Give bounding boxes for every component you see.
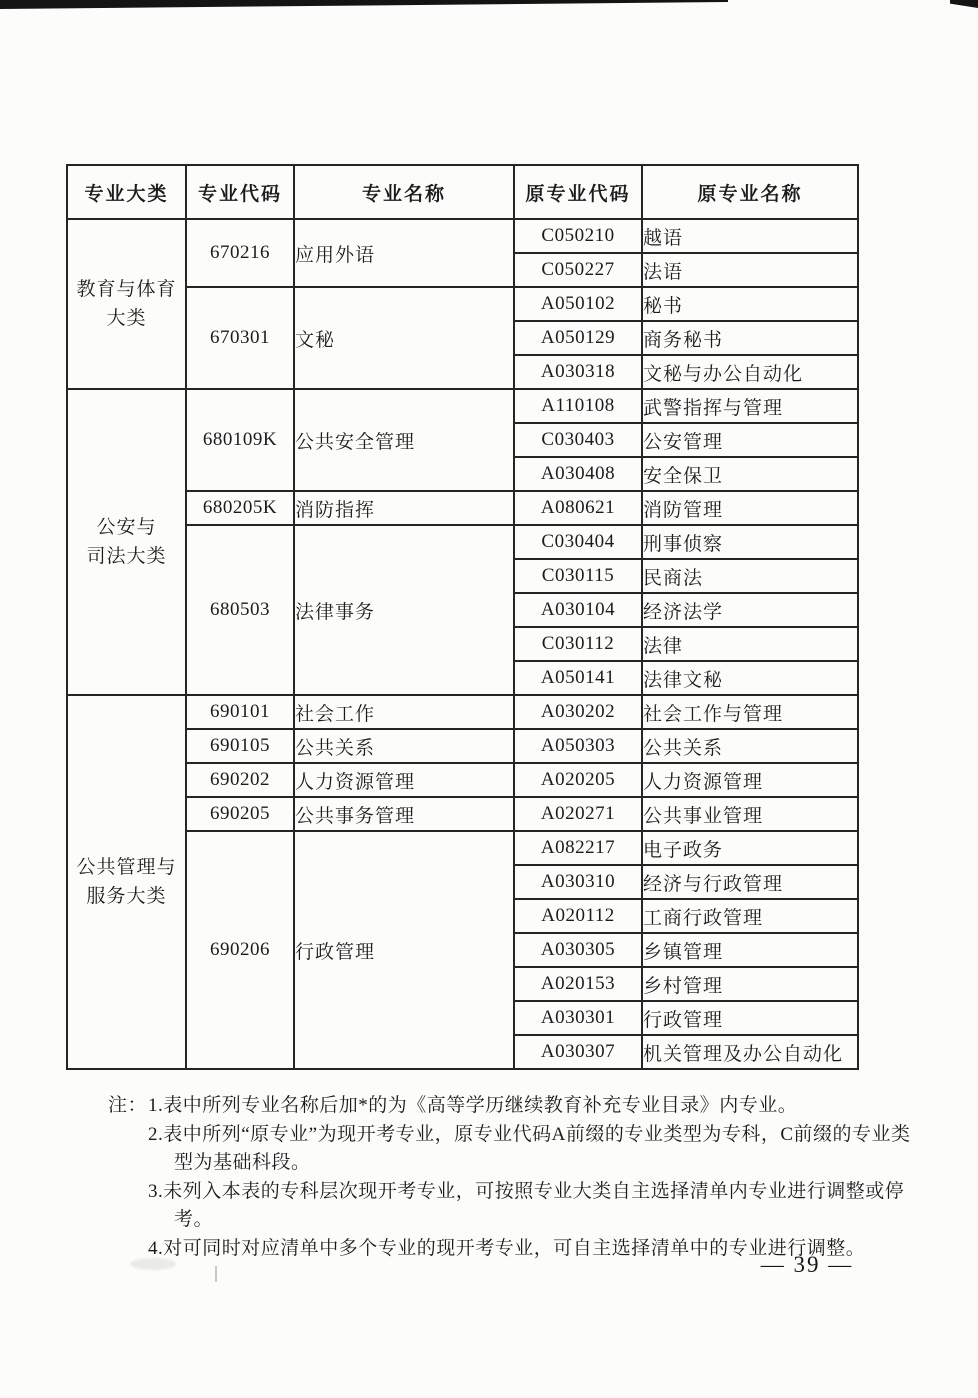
major-name-cell: 消防指挥 bbox=[294, 491, 514, 525]
table-row: 690205公共事务管理A020271公共事业管理 bbox=[67, 797, 858, 831]
category-cell: 教育与体育 大类 bbox=[67, 219, 186, 389]
origin-name-cell: 乡镇管理 bbox=[642, 933, 858, 967]
origin-name-cell: 机关管理及办公自动化 bbox=[642, 1035, 858, 1069]
origin-name-cell: 武警指挥与管理 bbox=[642, 389, 858, 423]
category-cell: 公安与 司法大类 bbox=[67, 389, 186, 695]
category-cell: 公共管理与 服务大类 bbox=[67, 695, 186, 1069]
origin-code-cell: A020271 bbox=[514, 797, 642, 831]
origin-code-cell: C030115 bbox=[514, 559, 642, 593]
scan-artifact-top-left bbox=[0, 0, 728, 9]
page-number: — 39 — bbox=[742, 1252, 872, 1278]
col-header-major-code: 专业代码 bbox=[186, 165, 294, 219]
origin-name-cell: 人力资源管理 bbox=[642, 763, 858, 797]
major-code-cell: 680503 bbox=[186, 525, 294, 695]
col-header-origin-name: 原专业名称 bbox=[642, 165, 858, 219]
notes-lines: 1.表中所列专业名称后加*的为《高等学历继续教育补充专业目录》内专业。2.表中所… bbox=[148, 1092, 898, 1263]
major-code-cell: 690105 bbox=[186, 729, 294, 763]
origin-name-cell: 商务秘书 bbox=[642, 321, 858, 355]
origin-name-cell: 文秘与办公自动化 bbox=[642, 355, 858, 389]
table-row: 教育与体育 大类670216应用外语C050210越语 bbox=[67, 219, 858, 253]
origin-name-cell: 社会工作与管理 bbox=[642, 695, 858, 729]
origin-code-cell: A030104 bbox=[514, 593, 642, 627]
origin-code-cell: A030301 bbox=[514, 1001, 642, 1035]
origin-code-cell: A030318 bbox=[514, 355, 642, 389]
origin-code-cell: A020205 bbox=[514, 763, 642, 797]
notes: 注： 1.表中所列专业名称后加*的为《高等学历继续教育补充专业目录》内专业。2.… bbox=[108, 1092, 898, 1263]
table-row: 690105公共关系A050303公共关系 bbox=[67, 729, 858, 763]
origin-name-cell: 法语 bbox=[642, 253, 858, 287]
table-row: 690202人力资源管理A020205人力资源管理 bbox=[67, 763, 858, 797]
major-code-cell: 680205K bbox=[186, 491, 294, 525]
note-line: 考。 bbox=[148, 1206, 898, 1235]
table-header-row: 专业大类 专业代码 专业名称 原专业代码 原专业名称 bbox=[67, 165, 858, 219]
origin-code-cell: C050227 bbox=[514, 253, 642, 287]
origin-name-cell: 消防管理 bbox=[642, 491, 858, 525]
table-row: 680503法律事务C030404刑事侦察 bbox=[67, 525, 858, 559]
major-name-cell: 文秘 bbox=[294, 287, 514, 389]
origin-name-cell: 行政管理 bbox=[642, 1001, 858, 1035]
origin-code-cell: A030408 bbox=[514, 457, 642, 491]
origin-name-cell: 公共事业管理 bbox=[642, 797, 858, 831]
origin-name-cell: 安全保卫 bbox=[642, 457, 858, 491]
table-row: 公共管理与 服务大类690101社会工作A030202社会工作与管理 bbox=[67, 695, 858, 729]
note-line: 2.表中所列“原专业”为现开考专业，原专业代码A前缀的专业类型为专科，C前缀的专… bbox=[148, 1121, 898, 1150]
origin-name-cell: 公安管理 bbox=[642, 423, 858, 457]
origin-name-cell: 工商行政管理 bbox=[642, 899, 858, 933]
major-name-cell: 公共安全管理 bbox=[294, 389, 514, 491]
origin-code-cell: A020112 bbox=[514, 899, 642, 933]
table-row: 670301文秘A050102秘书 bbox=[67, 287, 858, 321]
origin-name-cell: 法律 bbox=[642, 627, 858, 661]
origin-name-cell: 公共关系 bbox=[642, 729, 858, 763]
majors-table-body: 教育与体育 大类670216应用外语C050210越语C050227法语6703… bbox=[67, 219, 858, 1069]
major-code-cell: 670216 bbox=[186, 219, 294, 287]
table-row: 680205K消防指挥A080621消防管理 bbox=[67, 491, 858, 525]
origin-code-cell: A030310 bbox=[514, 865, 642, 899]
origin-code-cell: A020153 bbox=[514, 967, 642, 1001]
major-name-cell: 人力资源管理 bbox=[294, 763, 514, 797]
col-header-origin-code: 原专业代码 bbox=[514, 165, 642, 219]
major-name-cell: 公共关系 bbox=[294, 729, 514, 763]
origin-name-cell: 乡村管理 bbox=[642, 967, 858, 1001]
major-name-cell: 公共事务管理 bbox=[294, 797, 514, 831]
origin-code-cell: A050102 bbox=[514, 287, 642, 321]
major-name-cell: 法律事务 bbox=[294, 525, 514, 695]
note-line: 1.表中所列专业名称后加*的为《高等学历继续教育补充专业目录》内专业。 bbox=[148, 1092, 898, 1121]
origin-code-cell: A082217 bbox=[514, 831, 642, 865]
col-header-major-name: 专业名称 bbox=[294, 165, 514, 219]
note-line: 型为基础科段。 bbox=[148, 1149, 898, 1178]
major-code-cell: 690202 bbox=[186, 763, 294, 797]
origin-code-cell: A030307 bbox=[514, 1035, 642, 1069]
origin-name-cell: 经济法学 bbox=[642, 593, 858, 627]
origin-code-cell: A110108 bbox=[514, 389, 642, 423]
major-name-cell: 应用外语 bbox=[294, 219, 514, 287]
origin-name-cell: 电子政务 bbox=[642, 831, 858, 865]
origin-code-cell: A050303 bbox=[514, 729, 642, 763]
major-code-cell: 690205 bbox=[186, 797, 294, 831]
col-header-category: 专业大类 bbox=[67, 165, 186, 219]
origin-code-cell: A050141 bbox=[514, 661, 642, 695]
table-row: 690206行政管理A082217电子政务 bbox=[67, 831, 858, 865]
origin-name-cell: 民商法 bbox=[642, 559, 858, 593]
origin-code-cell: A080621 bbox=[514, 491, 642, 525]
origin-code-cell: A030202 bbox=[514, 695, 642, 729]
majors-table: 专业大类 专业代码 专业名称 原专业代码 原专业名称 教育与体育 大类67021… bbox=[66, 164, 859, 1070]
major-code-cell: 690206 bbox=[186, 831, 294, 1069]
major-code-cell: 670301 bbox=[186, 287, 294, 389]
document-page: 专业大类 专业代码 专业名称 原专业代码 原专业名称 教育与体育 大类67021… bbox=[0, 0, 978, 1398]
origin-name-cell: 法律文秘 bbox=[642, 661, 858, 695]
origin-code-cell: C050210 bbox=[514, 219, 642, 253]
origin-code-cell: C030403 bbox=[514, 423, 642, 457]
table-row: 公安与 司法大类680109K公共安全管理A110108武警指挥与管理 bbox=[67, 389, 858, 423]
origin-name-cell: 越语 bbox=[642, 219, 858, 253]
origin-code-cell: A030305 bbox=[514, 933, 642, 967]
note-line: 3.未列入本表的专科层次现开考专业，可按照专业大类自主选择清单内专业进行调整或停 bbox=[148, 1178, 898, 1207]
origin-name-cell: 秘书 bbox=[642, 287, 858, 321]
major-code-cell: 690101 bbox=[186, 695, 294, 729]
major-name-cell: 社会工作 bbox=[294, 695, 514, 729]
origin-code-cell: A050129 bbox=[514, 321, 642, 355]
major-code-cell: 680109K bbox=[186, 389, 294, 491]
scan-artifact-tick bbox=[215, 1266, 217, 1282]
origin-name-cell: 刑事侦察 bbox=[642, 525, 858, 559]
notes-label: 注： bbox=[108, 1092, 147, 1121]
scan-artifact-top-right bbox=[950, 0, 978, 8]
major-name-cell: 行政管理 bbox=[294, 831, 514, 1069]
origin-name-cell: 经济与行政管理 bbox=[642, 865, 858, 899]
origin-code-cell: C030404 bbox=[514, 525, 642, 559]
origin-code-cell: C030112 bbox=[514, 627, 642, 661]
